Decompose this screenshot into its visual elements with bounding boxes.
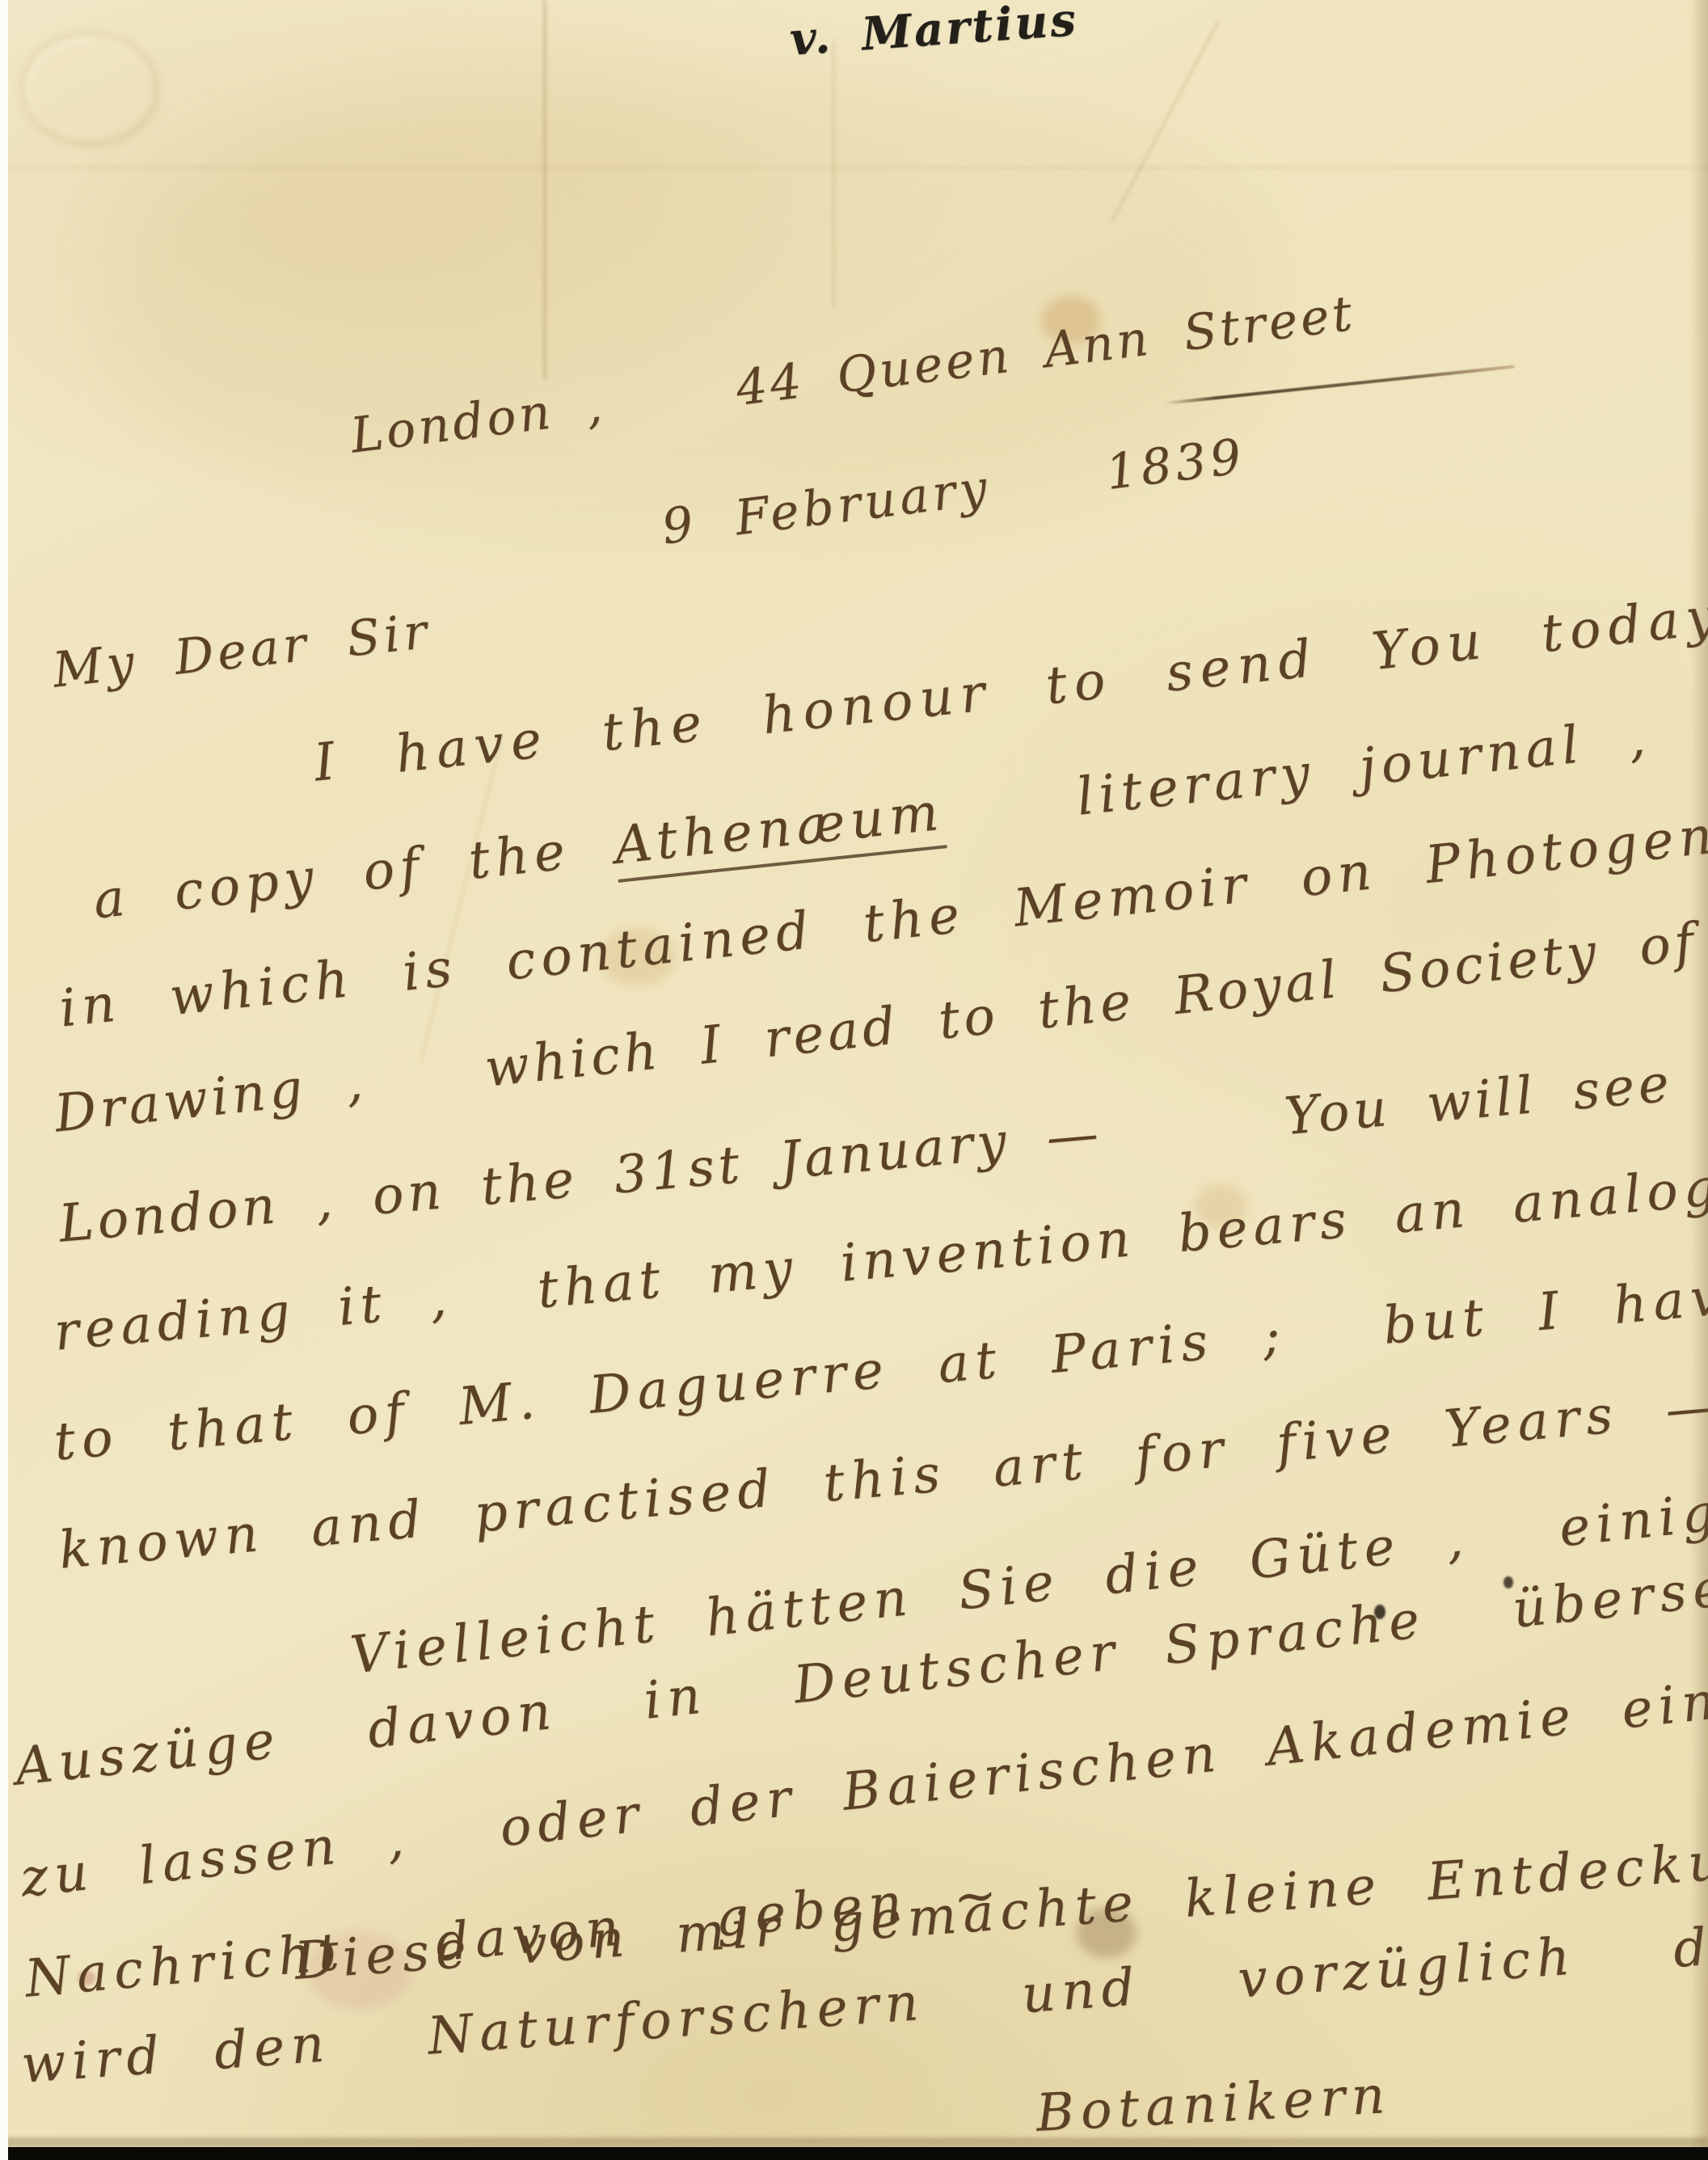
scan-shadow-bottom (0, 2137, 1708, 2147)
scan-shadow-right (1690, 0, 1708, 2160)
scanned-letter-page: v. Martius London , 44 Queen Ann Street … (0, 0, 1708, 2160)
scan-edge-bottom (0, 2147, 1708, 2160)
scan-edge-left (0, 0, 8, 2160)
embossed-seal (21, 32, 157, 144)
